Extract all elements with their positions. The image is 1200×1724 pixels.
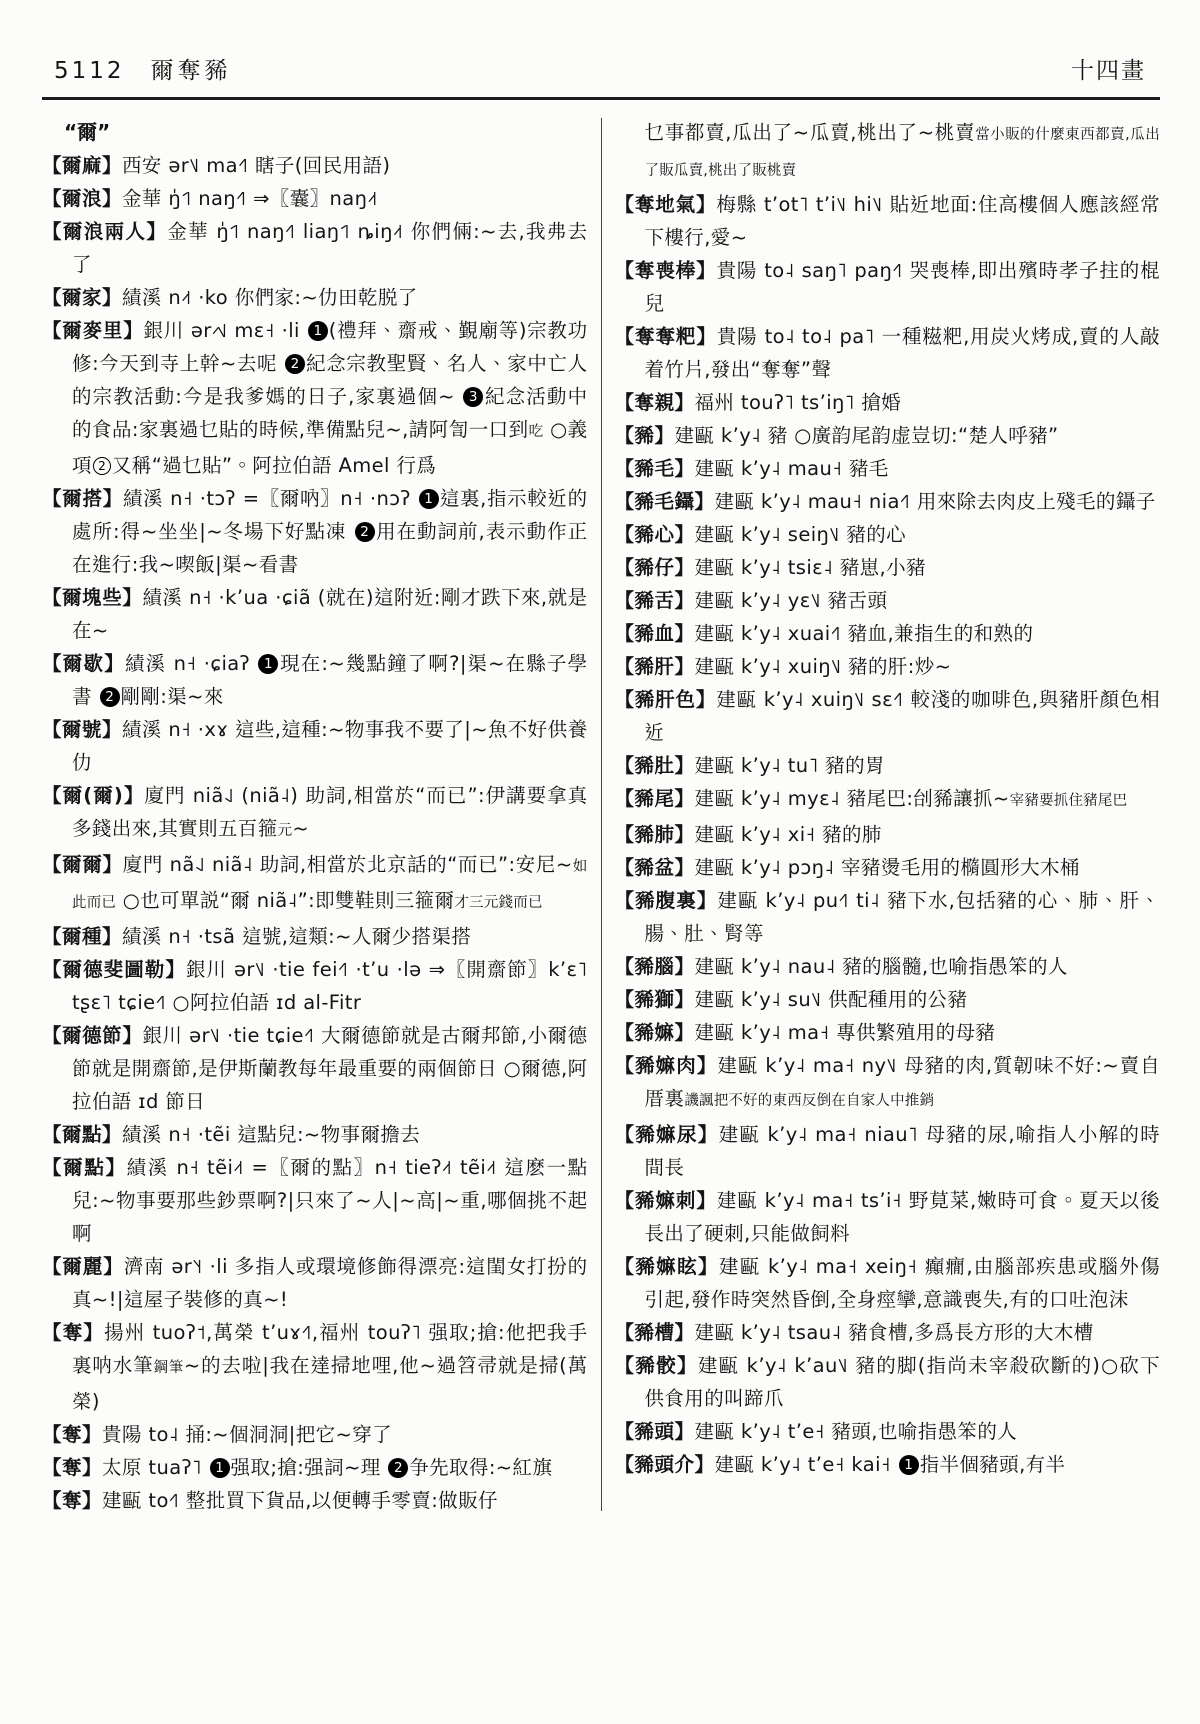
headword-continuation-marker: “爾” [42,116,588,149]
entry-headword: 【豨毛鑷】 [615,490,715,513]
dictionary-entry: 【奪地氣】梅縣 tʼot˥ tʼi˥˩ hi˥˩ 貼近地面:住高樓個人應該經常下… [615,188,1161,254]
entry-headword: 【奪】 [42,1423,102,1446]
entry-text: 太原 tuaʔ˥ [102,1456,209,1479]
entry-text: 梅縣 tʼot˥ tʼi˥˩ hi˥˩ 貼近地面:住高樓個人應該經常下樓行,愛~ [645,193,1161,249]
entry-text: 剛剛:渠~來 [121,685,224,708]
dictionary-entry: 【豨獅】建甌 kʼy˨ su˥˩ 供配種用的公豬 [615,983,1161,1016]
entry-text: ~ [292,817,309,840]
entry-headword: 【奪奪粑】 [615,325,717,348]
entry-headword: 【爾家】 [42,286,122,309]
guide-words: 爾奪豨 [151,58,232,84]
dictionary-entry: 【豨嫲尿】建甌 kʼy˨ ma˧ niau˥ 母豬的尿,喻指人小解的時間長 [615,1118,1161,1184]
entry-text: 〗naŋ˨˦ [310,187,378,210]
dictionary-entry: 【豨毛鑷】建甌 kʼy˨ mau˧ nia˧˥ 用來除去肉皮上殘毛的鑷子 [615,485,1161,518]
gloss-small-text: 元 [278,823,293,839]
entry-headword: 【爾種】 [42,925,122,948]
entry-text: 建甌 kʼy˨ yɛ˥˩ 豬舌頭 [695,589,888,612]
entry-headword: 【奪】 [42,1489,102,1512]
entry-text: 廈門 niã˨˩ (niã˨) 助詞,相當於“而已”:伊講要拿真多錢出來,其實則… [72,784,588,840]
entry-text: 建甌 kʼy˨ nau˨ 豬的腦髓,也喻指愚笨的人 [695,955,1068,978]
entry-text: 建甌 kʼy˨ ma˧ 專供繁殖用的母豬 [695,1021,996,1044]
dictionary-entry: 【豨頭介】建甌 kʼy˨ tʼe˧ kai˧ 1指半個豬頭,有半 [615,1448,1161,1481]
sense-number-filled: 1 [258,654,278,674]
uncertain-character-mark: 奪 [635,320,655,353]
dictionary-entry: 【爾點】績溪 n˧ tẽi˨˦ =〖爾的點〗n˧ tieʔ˨˦ tẽi˨˦ 這麽… [42,1151,588,1250]
entry-headword: 【爾浪】 [42,187,122,210]
sense-number-filled: 2 [100,687,120,707]
dictionary-entry: 【爾種】績溪 n˧ ·tsã 這號,這類:~人爾少搭渠搭 [42,920,588,953]
dictionary-entry: 【爾歇】績溪 n˧ ·ɕiaʔ 1現在:~幾點鐘了啊?|渠~在縣子學書 2剛剛:… [42,647,588,713]
dictionary-entry: 【奪奪粑】貴陽 to˨ to˨ pa˥ 一種糍粑,用炭火烤成,賣的人敲着竹片,發… [615,320,1161,386]
entry-text: ”聲 [801,358,831,381]
dictionary-entry: 【豨嫲刺】建甌 kʼy˨ ma˧ tsʼi˧ 野莧菜,嫩時可食。夏天以後長出了硬… [615,1184,1161,1250]
text-columns: “爾” 【爾麻】西安 ər˥˩ ma˧˥ 瞎子(回民用語)【爾浪】金華 ŋ̍˦˥… [42,116,1160,1517]
entry-text: 建甌 kʼy˨ seiŋ˥˩ 豬的心 [695,523,907,546]
entry-headword: 【爾爾】 [42,853,123,876]
entry-headword: 【豨心】 [615,523,695,546]
entry-text: 争先取得:~紅旗 [409,1456,552,1479]
entry-text: 績溪 n˧ ·tɔʔ =〖爾吶〗n˧ ·nɔʔ [123,487,418,510]
dictionary-entry: 【豨骹】建甌 kʼy˨ kʼau˥˩ 豬的脚(指尚未宰殺砍斷的)○砍下供食用的叫… [615,1349,1161,1415]
entry-headword: 【爾浪兩人】 [42,220,167,243]
entry-text: 銀川 ər˥˩ ·tie tɕie˧˥ 大爾德節就是古爾邦節,小爾德節就是開齋節… [72,1024,588,1113]
right-column: 乜事都賣,瓜出了~瓜賣,桃出了~桃賣當小販的什麼東西都賣,瓜出了販瓜賣,桃出了販… [615,116,1161,1517]
entry-text: 績溪 n˧ ·xɤ 這些,這種:~物事我不要了|~魚不好供養仂 [72,718,587,774]
entry-text: 建甌 kʼy˨ myɛ˨ 豬尾巴:刣豨讓抓~ [695,787,1010,810]
entry-headword: 【豨】 [615,424,675,447]
entry-headword: 【豨肝色】 [615,688,717,711]
entry-text: 囊 [290,182,310,215]
sense-number-filled: 1 [308,321,328,341]
entry-headword: 【豨腦】 [615,955,695,978]
dictionary-page: 5112爾奪豨 十四畫 “爾” 【爾麻】西安 ər˥˩ ma˧˥ 瞎子(回民用語… [0,0,1200,1517]
sense-number-filled: 2 [285,354,305,374]
column-divider [601,118,602,1511]
entry-text: 建甌 kʼy˨ tsau˨ 豬食槽,多爲長方形的大木槽 [695,1321,1094,1344]
entry-headword: 【爾麗】 [42,1255,124,1278]
gloss-small-text: 譏諷把不好的東西反倒在自家人中推銷 [684,1093,934,1109]
dictionary-entry: 【爾麻】西安 ər˥˩ ma˧˥ 瞎子(回民用語) [42,149,588,182]
entry-headword: 【豨仔】 [615,556,695,579]
entry-text: 建甌 kʼy˨ tʼe˧ 豬頭,也喻指愚笨的人 [695,1420,1018,1443]
entry-headword: 【奪地氣】 [615,193,717,216]
dictionary-entry: 【豨】建甌 kʼy˨ 豬 ○廣韵尾韵虚豈切:“楚人呼豬” [615,419,1161,452]
entry-text: 績溪 n˧ tẽi˨˦ =〖爾的點〗n˧ tieʔ˨˦ tẽi˨˦ 這麽一點兒:… [72,1156,588,1245]
entry-text: 建甌 kʼy˨ tʼe˧ kai˧ [715,1453,898,1476]
entry-text: 奪 [761,353,781,386]
entry-headword: 【豨嫲刺】 [615,1189,717,1212]
dictionary-entry: 【爾浪兩人】金華 ŋ̍˦˥ naŋ˧˥ liaŋ˦˥ ȵiŋ˨˦ 你們倆:~去,… [42,215,588,281]
entry-text: 建甌 kʼy˨ mau˧ nia˧˥ 用來除去肉皮上殘毛的鑷子 [715,490,1156,513]
entry-text: 建甌 kʼy˨ xuai˧˥ 豬血,兼指生的和熟的 [695,622,1034,645]
dictionary-entry: 【豨嫲】建甌 kʼy˨ ma˧ 專供繁殖用的母豬 [615,1016,1161,1049]
entry-headword: 【爾(爾)】 [42,784,145,807]
dictionary-entry: 【爾麥里】銀川 ər˨˦˩ mɛ˧ ·li 1(禮拜、齋戒、覲廟等)宗教功修:今… [42,314,588,482]
dictionary-entry: 【爾點】績溪 n˧ ·tẽi 這點兒:~物事爾擔去 [42,1118,588,1151]
sense-number-filled: 1 [210,1458,230,1478]
header-rule [42,97,1160,100]
entry-text: 奪 [781,353,801,386]
dictionary-entry: 【奪】貴陽 to˨ 捅:~個洞洞|把它~穿了 [42,1418,588,1451]
dictionary-entry: 【爾德斐圖勒】銀川 ər˥˩ ·tie fei˧˥ ·tʼu ·lə ⇒〖開齋節… [42,953,588,1019]
dictionary-entry: 【爾號】績溪 n˧ ·xɤ 這些,這種:~物事我不要了|~魚不好供養仂 [42,713,588,779]
entry-text: 濟南 ər˥˧ ·li 多指人或環境修飾得漂亮:這閨女打扮的真~!|這屋子裝修的… [72,1255,587,1311]
entry-text: 强取;搶:强詞~理 [231,1456,388,1479]
entry-headword: 【爾點】 [42,1156,127,1179]
entry-headword: 【豨肚】 [615,754,695,777]
entry-text: 績溪 n˧ ·tẽi 這點兒:~物事爾擔去 [122,1123,420,1146]
dictionary-entry: 【豨肚】建甌 kʼy˨ tu˥ 豬的胃 [615,749,1161,782]
entry-headword: 【爾麥里】 [42,319,144,342]
entry-headword: 【豨盆】 [615,856,695,879]
entry-headword: 【豨肺】 [615,823,695,846]
entry-text: 貴陽 to˨ to˨ pa˥ 一種糍粑,用炭火烤成,賣的人敲着竹片,發出“ [645,325,1160,381]
entry-headword: 【豨腹裏】 [615,889,718,912]
running-head-left: 5112爾奪豨 [54,52,232,85]
entry-headword: 【豨嫲眩】 [615,1255,719,1278]
dictionary-entry-continuation: 乜事都賣,瓜出了~瓜賣,桃出了~桃賣當小販的什麼東西都賣,瓜出了販瓜賣,桃出了販… [615,116,1161,188]
entry-text: 建甌 kʼy˨ tu˥ 豬的胃 [695,754,885,777]
entry-headword: 【爾塊些】 [42,586,142,609]
entry-headword: 【豨骹】 [615,1354,698,1377]
dictionary-entry: 【爾搭】績溪 n˧ ·tɔʔ =〖爾吶〗n˧ ·nɔʔ 1這裏,指示較近的處所:… [42,482,588,581]
gloss-small-text: 鋼筆 [154,1360,184,1376]
dictionary-entry: 【奪喪棒】貴陽 to˨ saŋ˥ paŋ˧˥ 哭喪棒,即出殯時孝子拄的棍兒 [615,254,1161,320]
left-column: “爾” 【爾麻】西安 ər˥˩ ma˧˥ 瞎子(回民用語)【爾浪】金華 ŋ̍˦˥… [42,116,588,1517]
entry-text: 績溪 n˧ ·kʼua ·ɕiã (就在)這附近:剛才跌下來,就是在~ [72,586,587,642]
dictionary-entry: 【豨腹裏】建甌 kʼy˨ pu˧˥ ti˨ 豬下水,包括豬的心、肺、肝、腸、肚、… [615,884,1161,950]
entry-headword: 【豨頭】 [615,1420,695,1443]
entry-headword: 【爾德節】 [42,1024,142,1047]
sense-number-filled: 1 [419,489,439,509]
entry-text: 貴陽 to˨ 捅:~個洞洞|把它~穿了 [102,1423,392,1446]
dictionary-entry: 【豨盆】建甌 kʼy˨ pɔŋ˨ 宰豬燙毛用的橢圓形大木桶 [615,851,1161,884]
gloss-small-text: 宰豬要抓住豬尾巴 [1010,793,1128,809]
entry-text: 建甌 kʼy˨ mau˧ 豬毛 [695,457,889,480]
entry-text: 建甌 kʼy˨ xi˧ 豬的肺 [695,823,882,846]
dictionary-entry: 【豨舌】建甌 kʼy˨ yɛ˥˩ 豬舌頭 [615,584,1161,617]
sense-number-filled: 1 [899,1455,919,1475]
dictionary-entry: 【爾爾】廈門 nã˨˩ niã˨ 助詞,相當於北京話的“而已”:安尼~如此而已 … [42,848,588,920]
entry-text: 福州 touʔ˥ tsʼiŋ˥ 搶婚 [695,391,902,414]
entry-text: ○也可單説“爾 niã˨”:即雙鞋則三箍爾 [116,889,454,912]
dictionary-entry: 【豨腦】建甌 kʼy˨ nau˨ 豬的腦髓,也喻指愚笨的人 [615,950,1161,983]
dictionary-entry: 【奪】揚州 tuoʔ˦,萬榮 tʼuɤ˧˥,福州 touʔ˥ 强取;搶:他把我手… [42,1316,588,1418]
entry-headword: 【奪】 [42,1321,104,1344]
running-head: 5112爾奪豨 十四畫 [42,52,1160,85]
dictionary-entry: 【豨嫲眩】建甌 kʼy˨ ma˧ xeiŋ˧ 癲癇,由腦部疾患或腦外傷引起,發作… [615,1250,1161,1316]
entry-text: 建甌 to˧˥ 整批買下貨品,以便轉手零賣:做販仔 [102,1489,498,1512]
sense-number-filled: 2 [355,522,375,542]
entry-text: 乜事都賣,瓜出了~瓜賣,桃出了~桃賣 [645,121,976,144]
entry-headword: 【爾歇】 [42,652,125,675]
sense-number-filled: 3 [463,387,483,407]
entry-headword: 【豨頭介】 [615,1453,715,1476]
entry-text: 建甌 kʼy˨ xuiŋ˥˩ 豬的肝:炒~ [695,655,952,678]
entry-headword: 【爾號】 [42,718,122,741]
entry-text: 建甌 kʼy˨ ma˧ xeiŋ˧ 癲癇,由腦部疾患或腦外傷引起,發作時突然昏倒… [645,1255,1160,1311]
entry-text: 績溪 n˧ ·ɕiaʔ [125,652,257,675]
dictionary-entry: 【爾塊些】績溪 n˧ ·kʼua ·ɕiã (就在)這附近:剛才跌下來,就是在~ [42,581,588,647]
dictionary-entry: 【豨尾】建甌 kʼy˨ myɛ˨ 豬尾巴:刣豨讓抓~宰豬要抓住豬尾巴 [615,782,1161,818]
entry-headword: 【爾麻】 [42,154,122,177]
dictionary-entry: 【爾(爾)】廈門 niã˨˩ (niã˨) 助詞,相當於“而已”:伊講要拿真多錢… [42,779,588,848]
entry-headword: 【豨嫲肉】 [615,1054,718,1077]
uncertain-character-mark: 奪 [62,1418,82,1451]
dictionary-entry: 【爾德節】銀川 ər˥˩ ·tie tɕie˧˥ 大爾德節就是古爾邦節,小爾德節… [42,1019,588,1118]
dictionary-entry: 【豨頭】建甌 kʼy˨ tʼe˧ 豬頭,也喻指愚笨的人 [615,1415,1161,1448]
stroke-section-label: 十四畫 [1071,52,1146,85]
entry-text: 建甌 kʼy˨ ma˧ niau˥ 母豬的尿,喻指人小解的時間長 [645,1123,1160,1179]
entry-headword: 【豨血】 [615,622,695,645]
entry-text: 建甌 kʼy˨ kʼau˥˩ 豬的脚(指尚未宰殺砍斷的)○砍下供食用的叫蹄爪 [645,1354,1161,1410]
entry-text: 貴陽 to˨ saŋ˥ paŋ˧˥ 哭喪棒,即出殯時孝子拄的棍兒 [645,259,1161,315]
dictionary-entry: 【豨仔】建甌 kʼy˨ tsiɛ˨ 豬崽,小豬 [615,551,1161,584]
entry-text: 績溪 n˨˦ ·ko 你們家:~仂田乾脱了 [122,286,418,309]
entry-headword: 【豨肝】 [615,655,695,678]
gloss-small-text: 吃 [529,424,544,440]
dictionary-entry: 【豨血】建甌 kʼy˨ xuai˧˥ 豬血,兼指生的和熟的 [615,617,1161,650]
entry-text: 建甌 kʼy˨ pɔŋ˨ 宰豬燙毛用的橢圓形大木桶 [695,856,1080,879]
entry-headword: 【豨嫲尿】 [615,1123,719,1146]
entry-text: 金華 ŋ̍˦˥ naŋ˧˥ ⇒〖 [122,187,290,210]
entry-headword: 【豨尾】 [615,787,695,810]
dictionary-entry: 【豨槽】建甌 kʼy˨ tsau˨ 豬食槽,多爲長方形的大木槽 [615,1316,1161,1349]
entry-text: 建甌 kʼy˨ 豬 ○廣韵尾韵虚豈切:“楚人呼豬” [675,424,1059,447]
entry-text: 建甌 kʼy˨ xuiŋ˥˩ sɛ˧˥ 較淺的咖啡色,與豬肝顏色相近 [645,688,1160,744]
dictionary-entry: 【爾家】績溪 n˨˦ ·ko 你們家:~仂田乾脱了 [42,281,588,314]
sense-number-outline: 2 [93,457,111,475]
entry-text: 建甌 kʼy˨ ma˧ tsʼi˧ 野莧菜,嫩時可食。夏天以後長出了硬刺,只能做… [645,1189,1161,1245]
entry-text: 西安 ər˥˩ ma˧˥ 瞎子(回民用語) [122,154,390,177]
entry-headword: 【豨毛】 [615,457,695,480]
entry-headword: 【奪喪棒】 [615,259,717,282]
entry-headword: 【奪】 [42,1456,102,1479]
dictionary-entry: 【豨毛】建甌 kʼy˨ mau˧ 豬毛 [615,452,1161,485]
entry-text: 建甌 kʼy˨ pu˧˥ ti˨ 豬下水,包括豬的心、肺、肝、腸、肚、腎等 [645,889,1161,945]
entry-text: 又稱“過乜貼”。阿拉伯語 Amel 行爲 [112,454,436,477]
entry-headword: 【豨槽】 [615,1321,695,1344]
dictionary-entry: 【豨肝色】建甌 kʼy˨ xuiŋ˥˩ sɛ˧˥ 較淺的咖啡色,與豬肝顏色相近 [615,683,1161,749]
entry-headword: 【爾搭】 [42,487,123,510]
dictionary-entry: 【奪】太原 tuaʔ˥ 1强取;搶:强詞~理 2争先取得:~紅旗 [42,1451,588,1484]
entry-text: 建甌 kʼy˨ su˥˩ 供配種用的公豬 [695,988,968,1011]
gloss-small-text: 才三元錢而已 [454,895,542,911]
entry-headword: 【爾德斐圖勒】 [42,958,186,981]
sense-number-filled: 2 [388,1458,408,1478]
entry-headword: 【豨獅】 [615,988,695,1011]
entry-text: 廈門 nã˨˩ niã˨ 助詞,相當於北京話的“而已”:安尼~ [123,853,573,876]
dictionary-entry: 【爾浪】金華 ŋ̍˦˥ naŋ˧˥ ⇒〖囊〗naŋ˨˦ [42,182,588,215]
dictionary-entry: 【豨肺】建甌 kʼy˨ xi˧ 豬的肺 [615,818,1161,851]
entry-headword: 【爾點】 [42,1123,122,1146]
entry-headword: 【豨嫲】 [615,1021,695,1044]
entry-headword: 【奪親】 [615,391,695,414]
dictionary-entry: 【豨肝】建甌 kʼy˨ xuiŋ˥˩ 豬的肝:炒~ [615,650,1161,683]
dictionary-entry: 【奪親】福州 touʔ˥ tsʼiŋ˥ 搶婚 [615,386,1161,419]
entry-text: 績溪 n˧ ·tsã 這號,這類:~人爾少搭渠搭 [122,925,471,948]
entry-headword: 【豨舌】 [615,589,695,612]
dictionary-entry: 【豨嫲肉】建甌 kʼy˨ ma˧ ny˥˩ 母豬的肉,質韌味不好:~賣自厝裏譏諷… [615,1049,1161,1118]
dictionary-entry: 【豨心】建甌 kʼy˨ seiŋ˥˩ 豬的心 [615,518,1161,551]
entry-text: 銀川 ər˨˦˩ mɛ˧ ·li [144,319,307,342]
dictionary-entry: 【爾麗】濟南 ər˥˧ ·li 多指人或環境修飾得漂亮:這閨女打扮的真~!|這屋… [42,1250,588,1316]
dictionary-entry: 【奪】建甌 to˧˥ 整批買下貨品,以便轉手零賣:做販仔 [42,1484,588,1517]
entry-text: 指半個豬頭,有半 [920,1453,1066,1476]
entry-text: 建甌 kʼy˨ tsiɛ˨ 豬崽,小豬 [695,556,926,579]
page-number: 5112 [54,58,125,84]
